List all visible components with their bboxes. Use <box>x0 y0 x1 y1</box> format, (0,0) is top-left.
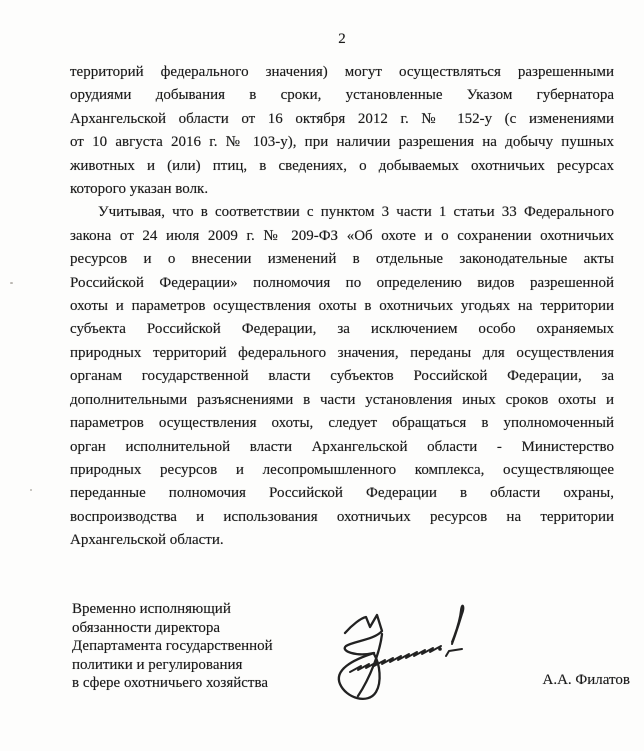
document-line: дополнительными разъяснениями в части ус… <box>70 389 614 412</box>
document-line: территорий федерального значения) могут … <box>70 61 614 84</box>
document-line: от 10 августа 2016 г. № 103-у), при нали… <box>70 131 614 154</box>
signatory-title-line: Департамента государственной <box>72 637 332 656</box>
document-line: параметров осуществления охоты, следует … <box>70 412 614 435</box>
document-line: закона от 24 июля 2009 г. № 209-ФЗ «Об о… <box>70 225 614 248</box>
document-page: 2 территорий федерального значения) могу… <box>0 0 644 751</box>
scan-speck <box>10 282 13 284</box>
document-line: природных ресурсов и лесопромышленного к… <box>70 459 614 482</box>
document-line: субъекта Российской Федерации, за исключ… <box>70 318 614 341</box>
document-line: органам государственной власти субъектов… <box>70 365 614 388</box>
document-line: Архангельской области. <box>70 529 614 552</box>
document-line: которого указан волк. <box>70 178 614 201</box>
signee-name: А.А. Филатов <box>70 672 630 689</box>
document-line: охоты и параметров осуществления охоты в… <box>70 295 614 318</box>
document-line: природных территорий федерального значен… <box>70 342 614 365</box>
document-line: Российской Федерации» полномочия по опре… <box>70 272 614 295</box>
document-line: орган исполнительной власти Архангельско… <box>70 436 614 459</box>
document-body: территорий федерального значения) могут … <box>70 61 614 553</box>
scan-speck <box>30 489 32 491</box>
page-number: 2 <box>70 31 614 48</box>
signatory-title-line: обязанности директора <box>72 619 332 638</box>
document-line: ресурсов и о внесении изменений в отдель… <box>70 248 614 271</box>
signatory-title-line: Временно исполняющий <box>72 600 332 619</box>
document-line: Учитывая, что в соответствии с пунктом 3… <box>70 201 614 224</box>
document-line: переданные полномочия Российской Федерац… <box>70 482 614 505</box>
handwritten-signature-icon <box>326 594 478 714</box>
paragraph-1: территорий федерального значения) могут … <box>70 61 614 201</box>
document-line: Архангельской области от 16 октября 2012… <box>70 108 614 131</box>
document-line: животных и (или) птиц, в сведениях, о до… <box>70 155 614 178</box>
paragraph-2: Учитывая, что в соответствии с пунктом 3… <box>70 201 614 552</box>
document-line: воспроизводства и использования охотничь… <box>70 506 614 529</box>
document-line: орудиями добывания в сроки, установленны… <box>70 84 614 107</box>
